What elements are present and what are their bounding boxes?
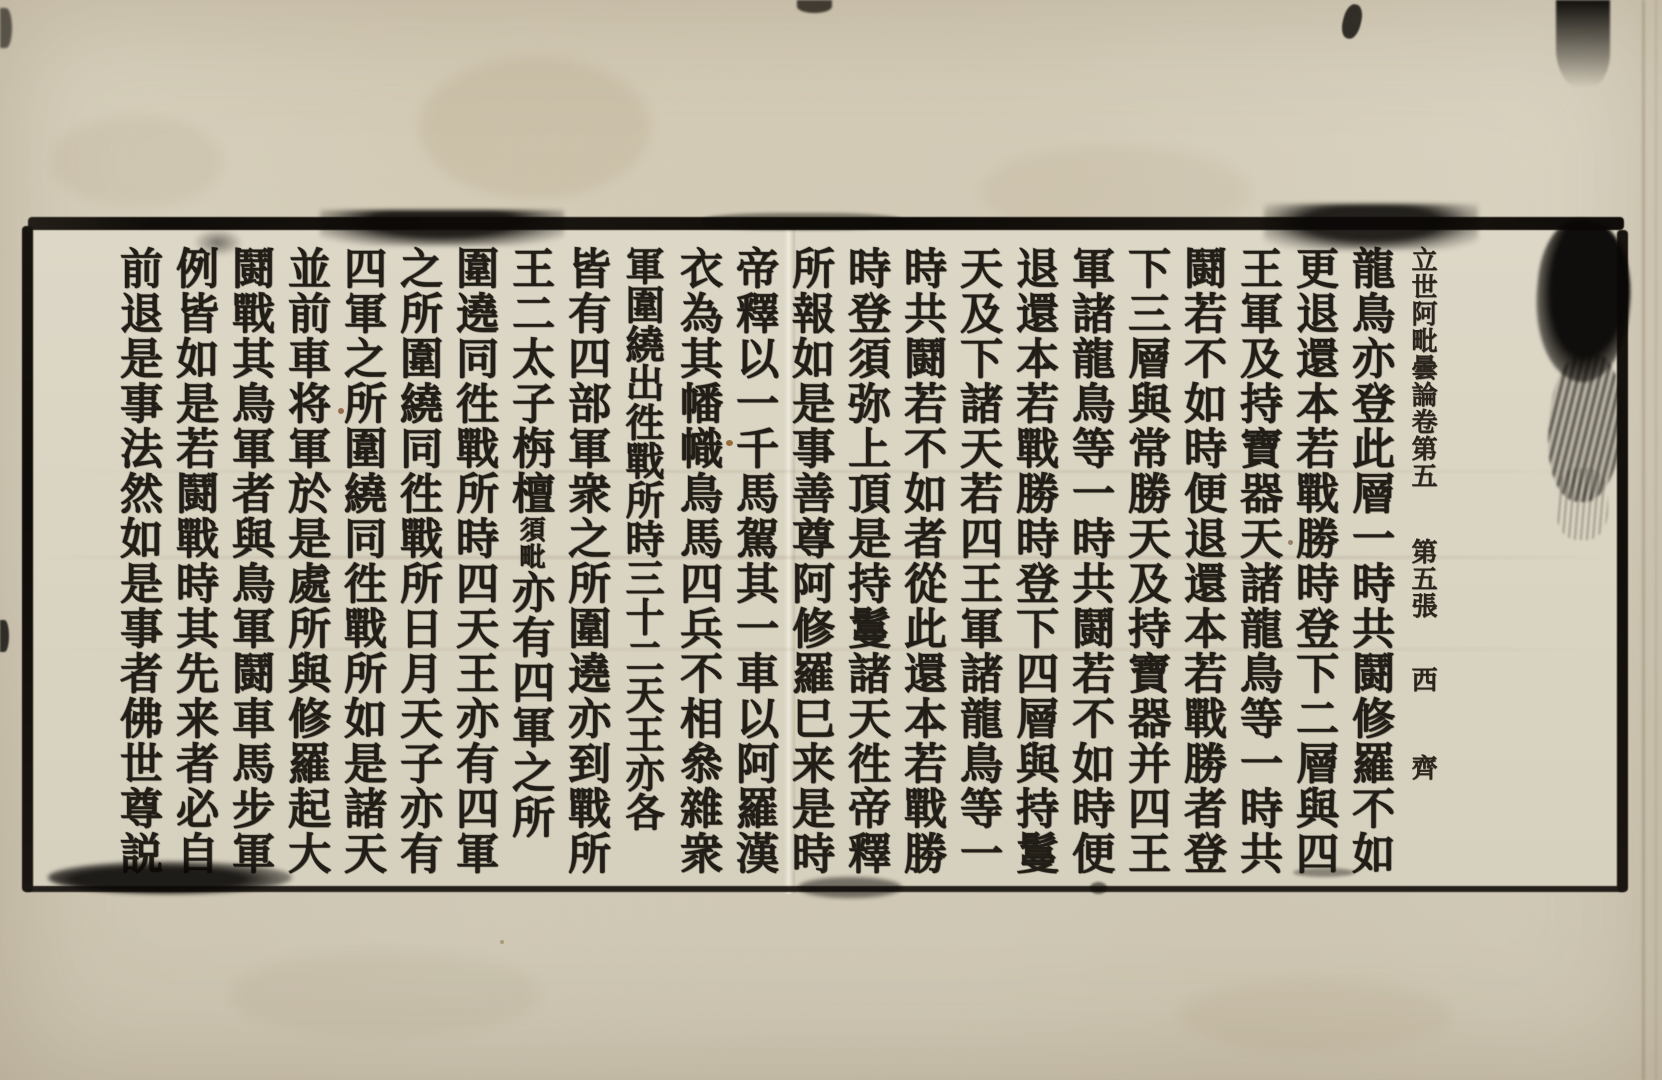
ink-dot: [1090, 882, 1107, 894]
paper-fold-line: [1655, 0, 1657, 1080]
text-column-23: 前退是事法然如是事者佛世尊説: [114, 246, 161, 886]
paper-fold-line: [1642, 0, 1645, 1080]
text-column-06: 軍諸龍鳥等一時共鬪若不如時便: [1066, 246, 1113, 886]
text-column-18: 之所圍繞同徃戰所日月天子亦有: [394, 246, 441, 886]
text-column-04: 鬪若不如時便退還本若戰勝者登: [1178, 246, 1225, 886]
frame-border-left: [22, 226, 33, 892]
ink-streak-page-edge: [1556, 0, 1610, 88]
paper-speck: [338, 408, 344, 414]
text-column-10: 時登須弥上頂是持鬘諸天徃帝釋: [842, 246, 889, 886]
text-column-11: 所報如是事善尊阿修羅巳来是時: [786, 246, 833, 886]
printer-mark: 齊: [1407, 754, 1437, 781]
ink-smear: [320, 210, 564, 246]
paper-stain: [1180, 980, 1450, 1052]
text-column-03: 王軍及持寶器天諸龍鳥等一時共: [1234, 246, 1281, 886]
ink-mark: [797, 0, 832, 13]
text-column-17: 圍遶同徃戰所時四天王亦有四軍: [450, 246, 497, 886]
paper-stain: [420, 58, 650, 198]
ink-mark: [0, 620, 9, 652]
ink-mark: [0, 8, 12, 48]
text-column-01: 龍鳥亦登此層一時共鬪修羅不如: [1346, 246, 1393, 886]
text-column-08: 天及下諸天若四王軍諸龍鳥等一: [954, 246, 1001, 886]
text-column-12: 帝釋以一千馬駕其一車以阿羅漢: [730, 246, 777, 886]
work-title: 立世阿毗曇論卷第五: [1407, 246, 1437, 489]
text-column-21: 鬪戰其鳥軍者與鳥軍鬪車馬步軍: [226, 246, 273, 886]
text-column-16-rest: 亦有四軍之所: [505, 570, 555, 840]
text-column-16: 王二太子栴檀須毗亦有四軍之所: [506, 246, 553, 886]
text-column-13: 衣為其幡幟鳥馬四兵不相叅雜衆: [674, 246, 721, 886]
ink-mark: [1339, 2, 1365, 40]
text-column-20: 並前車将軍於是處所與修羅起大: [282, 246, 329, 886]
printer-mark: 西: [1407, 666, 1437, 693]
text-column-19: 四軍之所圍繞同徃戰所如是諸天: [338, 246, 385, 886]
sheet-number: 第五張: [1407, 538, 1437, 619]
text-block: 立世阿毗曇論卷第五 第五張 西 齊 龍鳥亦登此層一時共鬪修羅不如 更退還本若戰勝…: [60, 246, 1608, 886]
scanned-sutra-page: 立世阿毗曇論卷第五 第五張 西 齊 龍鳥亦登此層一時共鬪修羅不如 更退還本若戰勝…: [0, 0, 1662, 1080]
ink-smear: [194, 229, 242, 256]
paper-speck: [500, 940, 504, 944]
text-column-02: 更退還本若戰勝時登下二層與四: [1290, 246, 1337, 886]
text-column-16-small-gloss: 須毗: [515, 516, 545, 570]
ink-smear: [1264, 204, 1478, 250]
ink-smear: [702, 213, 902, 230]
text-column-14: 軍圍繞出徃戰所時三十二天王亦各: [618, 246, 665, 886]
ink-smear: [798, 877, 902, 898]
ink-smear-bottom-left: [48, 861, 292, 894]
paper-stain: [52, 116, 222, 208]
paper-stain: [230, 952, 540, 1036]
text-column-05: 下三層與常勝天及持寶器并四王: [1122, 246, 1169, 886]
ink-dash: [1293, 868, 1355, 877]
ink-blotch-fade: [1556, 468, 1608, 540]
text-column-09: 時共鬪若不如者從此還本若戰勝: [898, 246, 945, 886]
text-column-07: 退還本若戰勝時登下四層與持鬘: [1010, 246, 1057, 886]
text-column-16-main: 王二太子栴檀: [505, 246, 555, 516]
text-column-22: 例皆如是若鬪戰時其先来者必自: [170, 246, 217, 886]
paper-speck: [726, 440, 733, 446]
text-column-15: 皆有四部軍衆之所圍遶亦到戰所: [562, 246, 609, 886]
paper-speck: [1288, 540, 1293, 545]
